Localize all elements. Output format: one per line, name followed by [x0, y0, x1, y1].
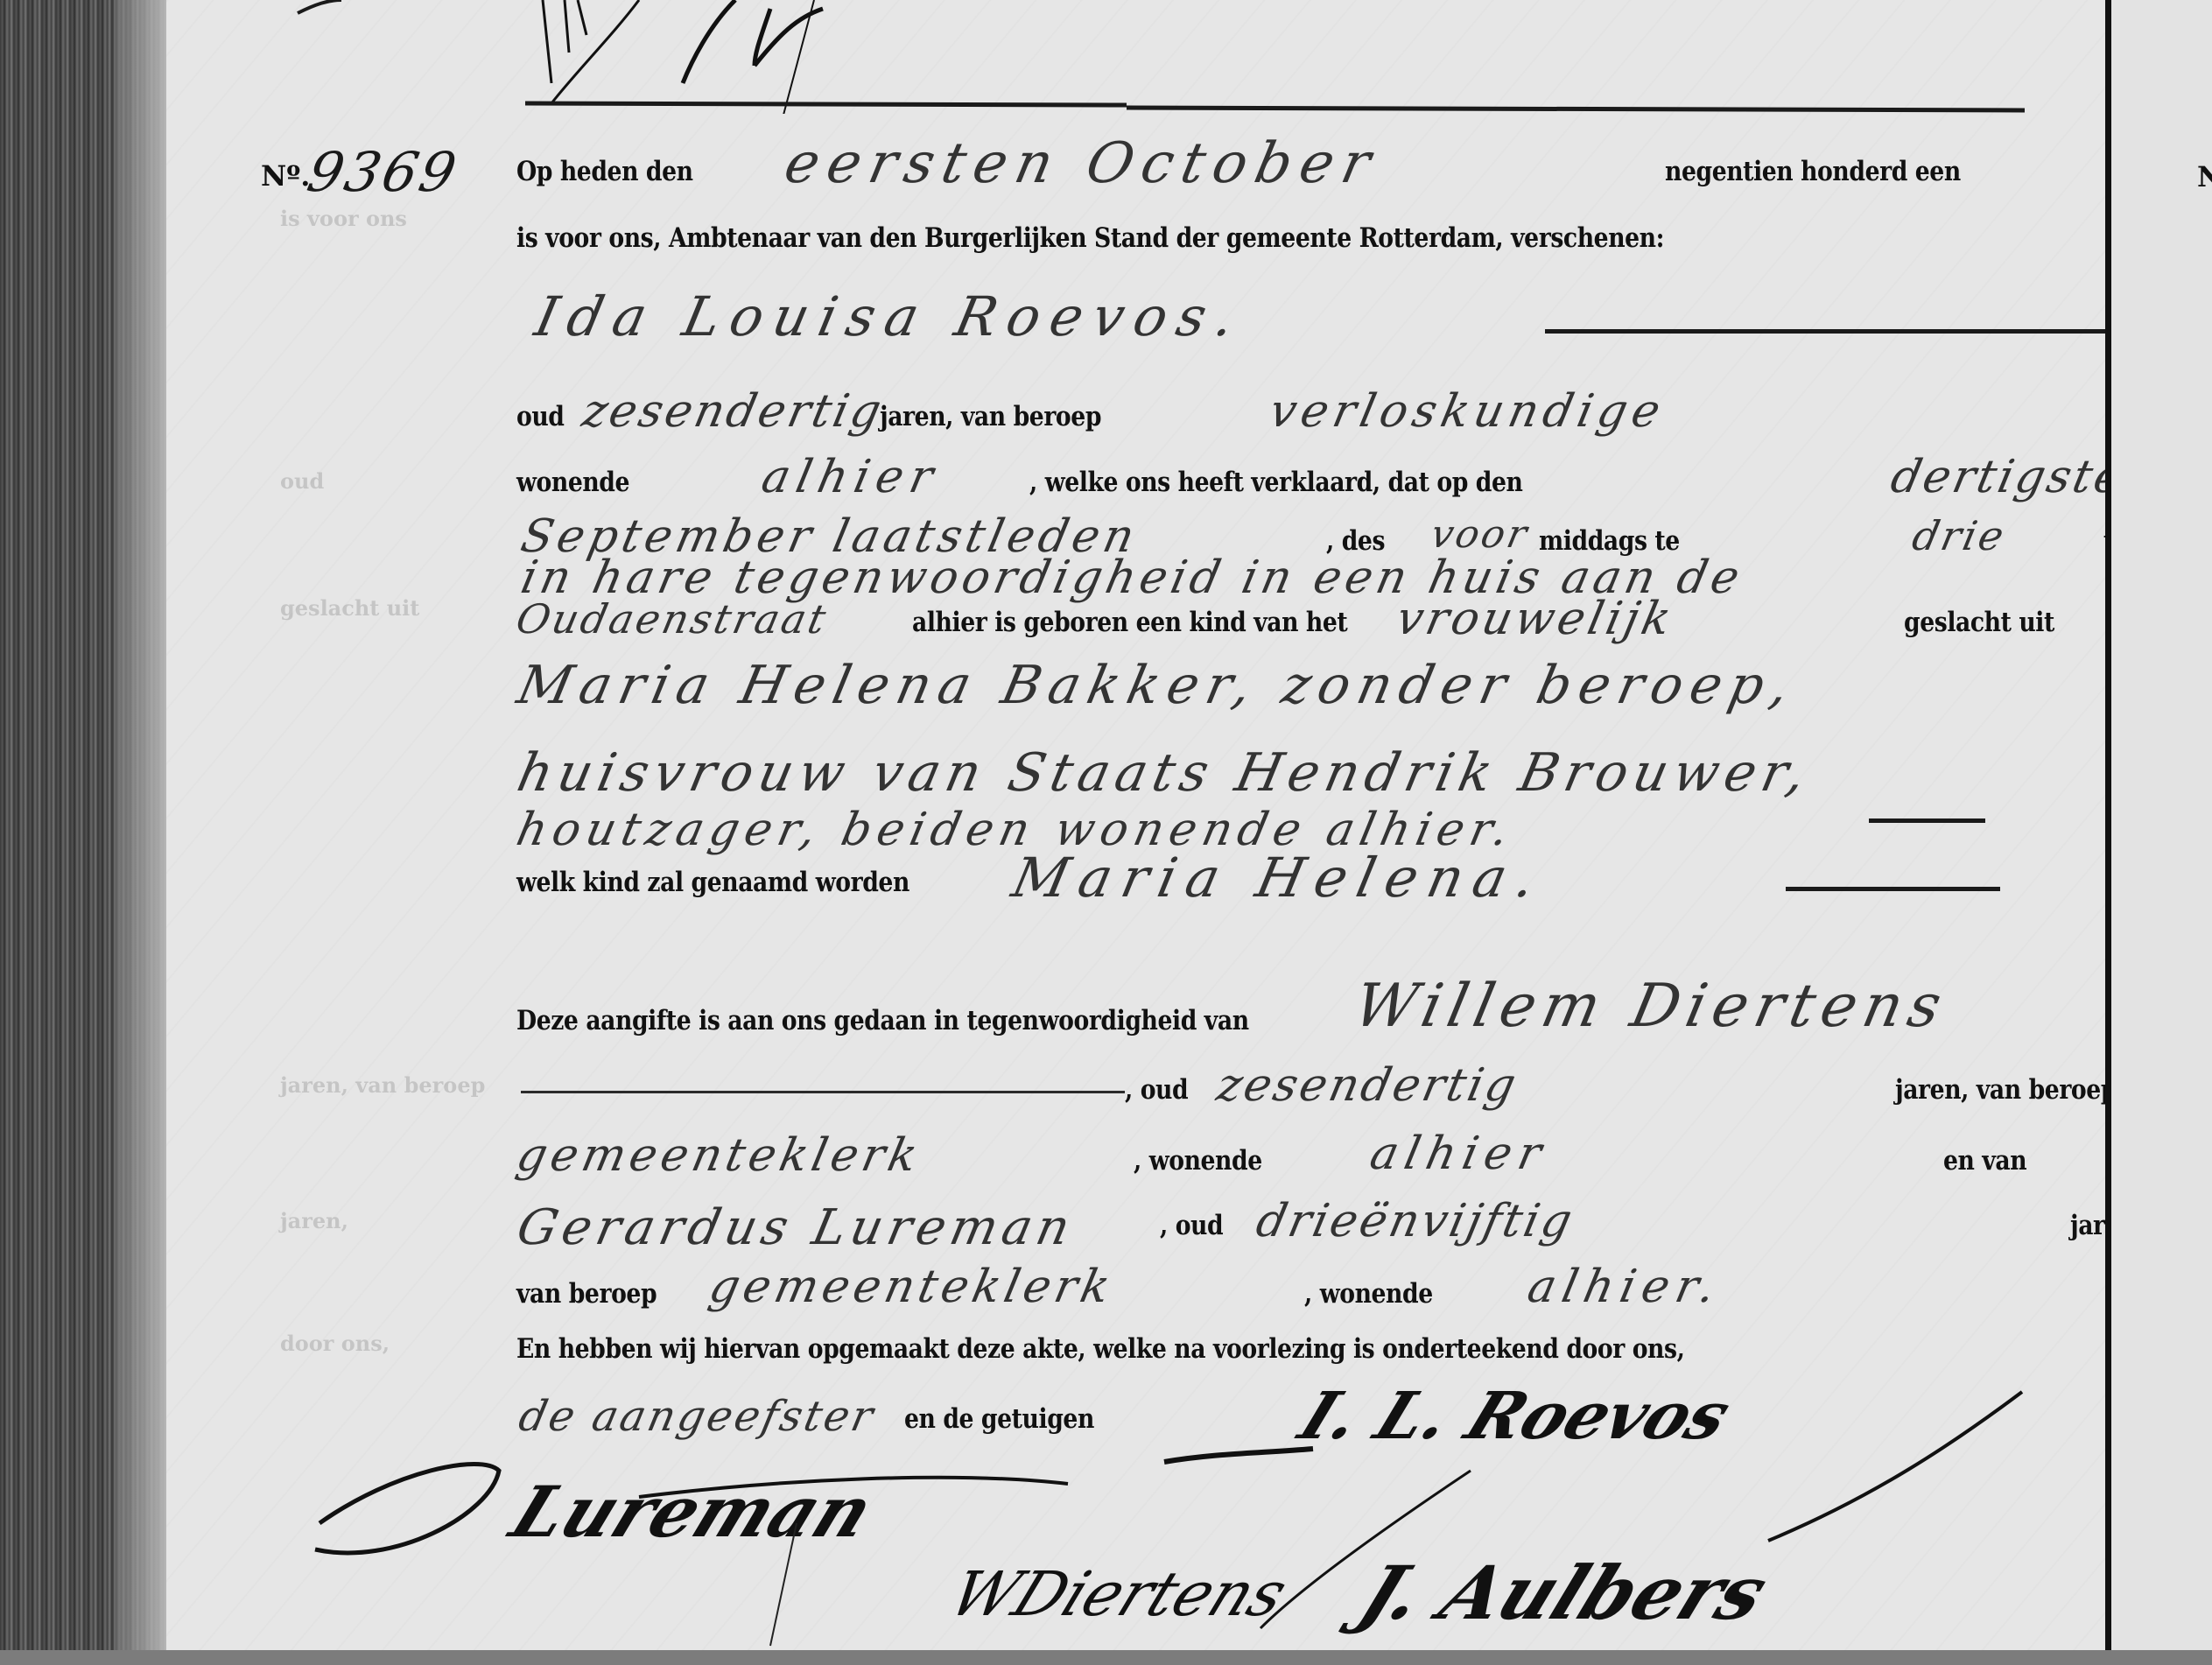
line8-hand-sex: vrouwelijk	[1392, 593, 1679, 645]
facing-page: Nº	[2111, 0, 2212, 1650]
line4-hand-age: zesendertig	[578, 385, 888, 438]
line6-hand-hour: drie	[1908, 512, 2011, 559]
signature-flourishes	[166, 1366, 2110, 1650]
line1-print-a: Op heden den	[516, 156, 693, 187]
line1-print-b: negentien honderd een	[1665, 156, 1961, 187]
scanner-bed	[0, 1650, 2212, 1665]
line17-print-a: van beroep	[516, 1278, 657, 1310]
line13-print-a: Deze aangifte is aan ons gedaan in tegen…	[516, 1005, 1249, 1036]
line5-print-a: wonende	[516, 467, 629, 498]
line15-hand-occupation: gemeenteklerk	[512, 1129, 926, 1182]
bleed-through-text: jaren, van beroep	[280, 1072, 485, 1098]
previous-entry-signature-strokes	[166, 0, 2110, 114]
bleed-through-text: jaren,	[280, 1208, 348, 1233]
line10-hand-father: huisvrouw van Staats Hendrik Brouwer,	[512, 742, 1817, 804]
book-gutter-shadow	[114, 0, 166, 1665]
line4-print-b: jaren, van beroep	[880, 401, 1101, 432]
page-divider	[2105, 0, 2111, 1650]
line18-print: En hebben wij hiervan opgemaakt deze akt…	[516, 1333, 1684, 1365]
line5-print-b: , welke ons heeft verklaard, dat op den	[1029, 467, 1522, 498]
line15-hand-residence: alhier	[1366, 1128, 1553, 1180]
line5-hand-residence: alhier	[757, 451, 944, 503]
bleed-through-text: geslacht uit	[280, 595, 419, 621]
line14-print-a: , oud	[1125, 1074, 1188, 1106]
line14-fill-rule	[521, 1091, 1125, 1093]
line3-fill-rule	[1545, 329, 2189, 334]
line17-print-b: , wonende	[1304, 1278, 1433, 1310]
line8-hand-street: Oudaenstraat	[512, 595, 832, 643]
line11-fill-rule	[1869, 818, 1985, 823]
bleed-through-text: is voor ons	[280, 206, 407, 231]
line3-hand-declarant: Ida Louisa Roevos.	[530, 285, 1251, 348]
line16-hand-age: drieënvijftig	[1252, 1195, 1579, 1247]
line8-print-c: geslacht uit	[1904, 607, 2054, 638]
line12-hand-child-name: Maria Helena.	[1007, 846, 1551, 910]
line8-print-b: alhier is geboren een kind van het	[912, 607, 1347, 638]
line1-hand-date: eersten October	[779, 131, 1385, 196]
line17-hand-residence: alhier.	[1523, 1261, 1727, 1313]
line12-print-a: welk kind zal genaamd worden	[516, 867, 909, 898]
line12-fill-rule	[1786, 887, 2000, 891]
line2-print: is voor ons, Ambtenaar van den Burgerlij…	[516, 222, 1664, 254]
line15-print-c: en van	[1943, 1145, 2026, 1177]
bleed-through-text: oud	[280, 468, 324, 494]
line4-print-a: oud	[516, 401, 565, 432]
line17-hand-occupation: gemeenteklerk	[705, 1261, 1119, 1313]
facing-page-number-label: Nº	[2197, 160, 2212, 193]
line15-print-b: , wonende	[1134, 1145, 1262, 1177]
line16-print-b: , oud	[1160, 1210, 1223, 1241]
line9-hand-mother: Maria Helena Bakker, zonder beroep,	[512, 655, 1802, 716]
record-number: 9369	[302, 140, 464, 204]
line6-hand-voor: voor	[1427, 512, 1534, 557]
line14-hand-age: zesendertig	[1212, 1059, 1523, 1112]
line13-hand-witness1: Willem Diertens	[1348, 972, 1954, 1041]
line16-hand-witness2: Gerardus Lureman	[512, 1199, 1080, 1256]
line4-hand-occupation: verloskundige	[1265, 385, 1670, 438]
line14-print-b: jaren, van beroep	[1895, 1074, 2117, 1106]
bleed-through-text: door ons,	[280, 1331, 390, 1356]
register-page: is voor ons oud geslacht uit jaren, van …	[166, 0, 2110, 1650]
record-number-label: Nº.	[261, 159, 310, 193]
